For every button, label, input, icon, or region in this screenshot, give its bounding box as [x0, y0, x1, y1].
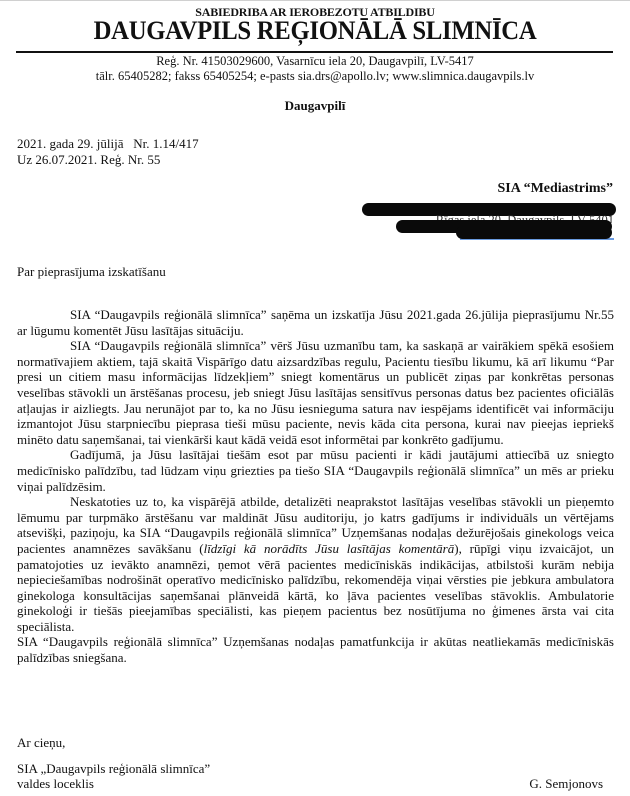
- signature-organization: SIA „Daugavpils reģionālā slimnīca”: [17, 761, 210, 777]
- recipient-name: SIA “Mediastrims”: [498, 181, 614, 197]
- letterhead-address: Reģ. Nr. 41503029600, Vasarnīcu iela 20,…: [0, 54, 630, 69]
- place-of-issue: Daugavpilī: [0, 98, 630, 114]
- recipient-email-redacted: [456, 226, 612, 239]
- paragraph-1: SIA “Daugavpils reģionālā slimnīca” saņē…: [17, 307, 614, 338]
- letter-body: SIA “Daugavpils reģionālā slimnīca” saņē…: [17, 307, 614, 666]
- document-meta: 2021. gada 29. jūlijā Nr. 1.14/417 Uz 26…: [17, 136, 199, 167]
- date-and-number: 2021. gada 29. jūlijā Nr. 1.14/417: [17, 136, 199, 152]
- letterhead-contacts: tālr. 65405282; fakss 65405254; e-pasts …: [0, 69, 630, 84]
- letterhead-divider: [16, 51, 613, 53]
- paragraph-4: Neskatoties uz to, ka vispārējā atbilde,…: [17, 494, 614, 634]
- paragraph-5: SIA “Daugavpils reģionālā slimnīca” Uzņe…: [17, 634, 614, 665]
- redaction-bar: [456, 226, 612, 239]
- paragraph-2: SIA “Daugavpils reģionālā slimnīca” vērš…: [17, 338, 614, 447]
- reference-number: Uz 26.07.2021. Reģ. Nr. 55: [17, 152, 199, 168]
- signature-name: G. Semjonovs: [529, 776, 603, 792]
- italic-remark: līdzīgi kā norādīts Jūsu lasītājas komen…: [204, 541, 455, 556]
- letterhead-organization-name: DAUGAVPILS REĢIONĀLĀ SLIMNĪCA: [16, 16, 615, 46]
- paragraph-3: Gadījumā, ja Jūsu lasītājai tiešām esot …: [17, 447, 614, 494]
- letter-subject: Par pieprasījuma izskatīšanu: [17, 264, 166, 280]
- signature-role: valdes loceklis: [17, 776, 94, 792]
- closing-salutation: Ar cieņu,: [17, 735, 65, 751]
